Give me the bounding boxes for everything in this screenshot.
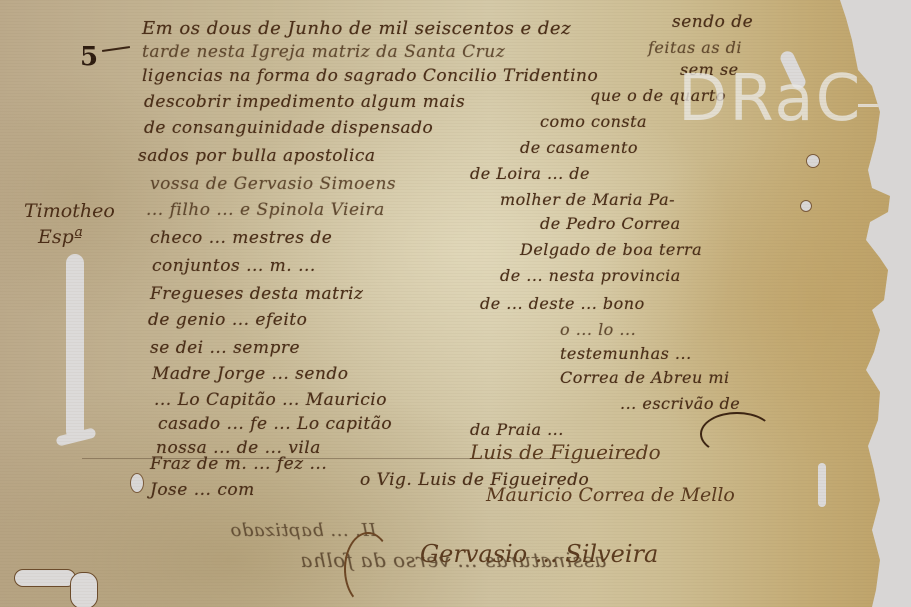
- text-line: Em os dous de Junho de mil seiscentos e …: [142, 18, 571, 39]
- text-line: descobrir impedimento algum mais: [144, 92, 465, 112]
- text-line: de ... nesta provincia: [500, 266, 681, 285]
- tear-right: [818, 463, 826, 507]
- signature-flourish: [344, 532, 392, 606]
- tear-bottom-left: [14, 569, 76, 587]
- text-line: ligencias na forma do sagrado Concilio T…: [142, 66, 598, 86]
- text-line: Correa de Abreu mi: [560, 368, 730, 387]
- watermark: DRaC: [678, 62, 862, 136]
- text-line: ... Lo Capitão ... Mauricio: [154, 390, 387, 410]
- tear-bottom-left-2: [70, 572, 98, 607]
- text-line: testemunhas ...: [560, 344, 692, 363]
- binding-hole: [806, 154, 820, 168]
- text-line: da Praia ...: [470, 420, 564, 439]
- margin-note: Timotheo Espª: [24, 198, 115, 250]
- text-line: tarde nesta Igreja matriz da Santa Cruz: [142, 42, 505, 62]
- entry-number: 5: [80, 42, 98, 72]
- tear-left-vertical: [66, 254, 84, 440]
- text-line: Delgado de boa terra: [520, 240, 702, 259]
- signature: Luis de Figueiredo: [470, 440, 661, 464]
- text-line: Madre Jorge ... sendo: [152, 364, 349, 384]
- signature-flourish: [700, 412, 774, 456]
- margin-note-abbrev: Espª: [24, 224, 115, 250]
- text-line: de Pedro Correa: [540, 214, 681, 233]
- text-line: Jose ... com: [150, 480, 255, 500]
- text-line: ... filho ... e Spinola Vieira: [146, 200, 385, 220]
- signature: Mauricio Correa de Mello: [486, 484, 735, 506]
- text-line: checo ... mestres de: [150, 228, 332, 248]
- binding-hole: [130, 473, 144, 493]
- text-line: sendo de: [672, 12, 753, 32]
- manuscript-page: assinaturas ... verso da folha II. ... b…: [0, 0, 890, 607]
- text-line: de genio ... efeito: [148, 310, 307, 330]
- text-line: conjuntos ... m. ...: [152, 256, 316, 276]
- text-line: de ... deste ... bono: [480, 294, 645, 313]
- text-line: molher de Maria Pa-: [500, 190, 675, 209]
- text-line: Fregueses desta matriz: [150, 284, 363, 304]
- text-line: Fraz de m. ... fez ...: [150, 454, 327, 474]
- margin-note-name: Timotheo: [24, 198, 115, 224]
- text-line: casado ... fe ... Lo capitão: [158, 414, 392, 434]
- text-line: de consanguinidade dispensado: [144, 118, 433, 138]
- binding-hole: [800, 200, 812, 212]
- text-line: de casamento: [520, 138, 638, 157]
- text-line: feitas as di: [648, 38, 742, 57]
- signature: Gervasio ... Silveira: [420, 540, 658, 568]
- text-line: como consta: [540, 112, 647, 131]
- text-line: se dei ... sempre: [150, 338, 300, 358]
- text-line: ... escrivão de: [620, 394, 740, 413]
- text-line: vossa de Gervasio Simoens: [150, 174, 396, 194]
- document-viewer: assinaturas ... verso da folha II. ... b…: [0, 0, 911, 607]
- text-line: sados por bulla apostolica: [138, 146, 376, 166]
- text-line: o ... lo ...: [560, 320, 636, 339]
- text-line: de Loira ... de: [470, 164, 590, 183]
